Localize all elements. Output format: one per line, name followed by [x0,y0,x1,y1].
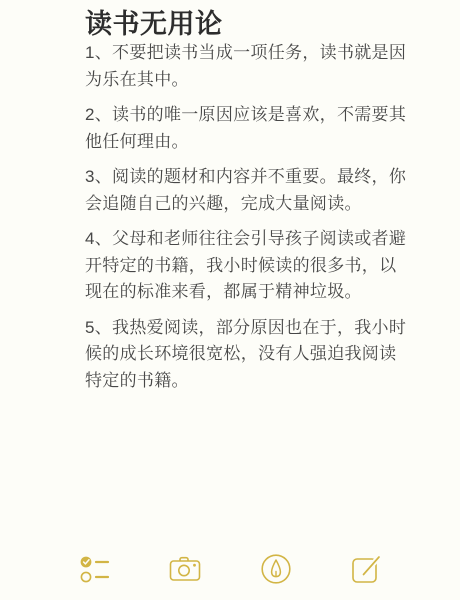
note-text-line[interactable]: 他任何理由。 [85,129,404,156]
note-text-line[interactable]: 为乐在其中。 [85,67,404,94]
checklist-icon [78,552,112,586]
compose-icon [349,552,383,586]
insert-photo-button[interactable] [167,551,203,587]
new-note-button[interactable] [348,551,384,587]
note-paragraph[interactable]: 2、读书的唯一原因应该是喜欢，不需要其 他任何理由。 [85,102,404,155]
note-text-line[interactable]: 4、父母和老师往往会引导孩子阅读或者避 [85,226,404,253]
note-text-line[interactable]: 1、不要把读书当成一项任务，读书就是因 [85,40,404,67]
markup-icon [259,552,293,586]
note-text-line[interactable]: 3、阅读的题材和内容并不重要。最终，你 [85,164,404,191]
note-paragraph[interactable]: 3、阅读的题材和内容并不重要。最终，你 会追随自己的兴趣，完成大量阅读。 [85,164,404,217]
insert-checklist-button[interactable] [77,551,113,587]
note-paragraph[interactable]: 4、父母和老师往往会引导孩子阅读或者避 开特定的书籍，我小时候读的很多书，以 现… [85,226,404,306]
note-text-line[interactable]: 2、读书的唯一原因应该是喜欢，不需要其 [85,102,404,129]
markup-button[interactable] [258,551,294,587]
note-title[interactable]: 读书无用论 [85,8,404,40]
bottom-toolbar [0,548,460,590]
note-text-line[interactable]: 会追随自己的兴趣，完成大量阅读。 [85,191,404,218]
note-paragraph[interactable]: 5、我热爱阅读，部分原因也在于，我小时 候的成长环境很宽松，没有人强迫我阅读 特… [85,315,404,395]
note-editor[interactable]: 读书无用论 1、不要把读书当成一项任务，读书就是因 为乐在其中。 2、读书的唯一… [85,8,404,403]
note-text-line[interactable]: 现在的标准来看，都属于精神垃圾。 [85,279,404,306]
note-text-line[interactable]: 候的成长环境很宽松，没有人强迫我阅读 [85,341,404,368]
note-text-line[interactable]: 5、我热爱阅读，部分原因也在于，我小时 [85,315,404,342]
camera-icon [168,552,202,586]
note-text-line[interactable]: 特定的书籍。 [85,368,404,395]
note-paragraph[interactable]: 1、不要把读书当成一项任务，读书就是因 为乐在其中。 [85,40,404,93]
note-text-line[interactable]: 开特定的书籍，我小时候读的很多书，以 [85,253,404,280]
